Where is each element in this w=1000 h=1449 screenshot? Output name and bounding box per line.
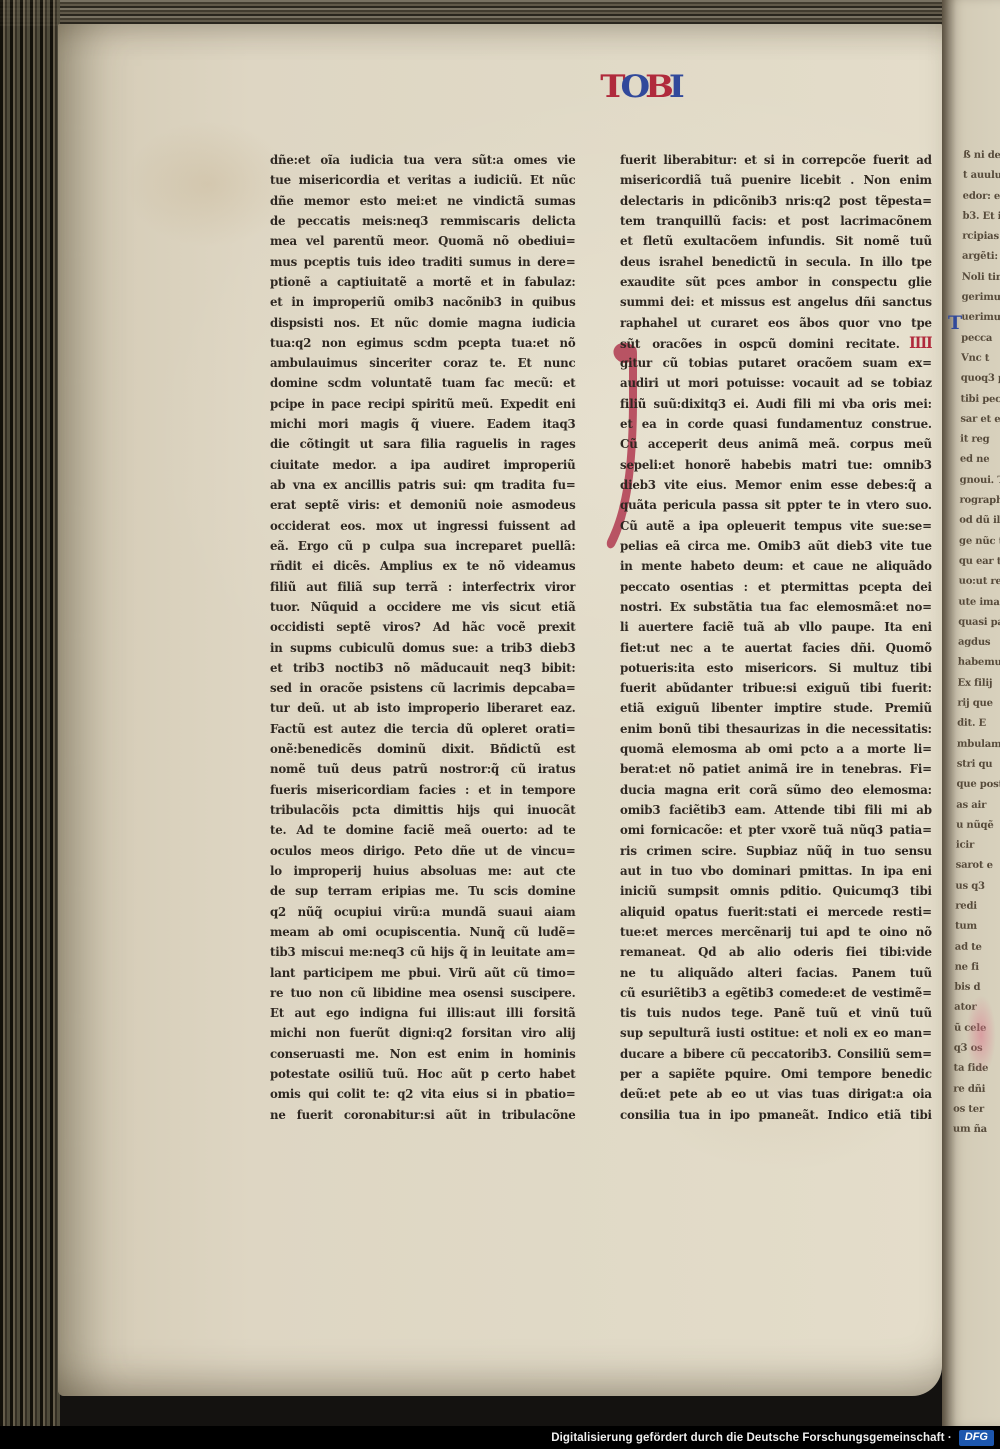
edge-fragment: stri qu (957, 755, 1000, 776)
text-line: Factũ est autez die tercia dũ opleret or… (270, 719, 576, 739)
text-line: fiet:ut nec a te auertat facies dñi. Quo… (620, 638, 932, 658)
text-line: ambulauimus sinceriter coraz te. Et nunc (270, 353, 576, 373)
text-line: rñdit ei dicẽs. Amplius ex te nõ videamu… (270, 556, 576, 576)
heading-letter: T (600, 71, 620, 102)
edge-fragment: redi (955, 897, 1000, 918)
text-line: de sup terram eripias me. Tu scis domine (270, 881, 576, 901)
text-line: tur deũ. ut ab isto improperio liberaret… (270, 698, 576, 718)
text-line: li auertere faciẽ tuã ab vllo paupe. Ita… (620, 617, 932, 637)
text-line: onẽ:benedicẽs dominũ dixit. Bñdictũ est (270, 739, 576, 759)
edge-fragment: uo:ut re (959, 572, 1000, 593)
text-line: meam ab omi ocupiscentia. Nunq̃ cũ ludẽ= (270, 922, 576, 942)
edge-fragment: sarot e (956, 856, 1000, 877)
edge-lombard-initial: T (948, 312, 962, 334)
text-line: die cõtingit ut sara filia raguelis in r… (270, 434, 576, 454)
text-line: aut in tuo vbo dominari pmittas. In ipa … (620, 861, 932, 881)
heading-letter: B (645, 71, 669, 102)
edge-fragment: gnoui. T (960, 470, 1000, 491)
edge-fragment: uerimus: (961, 308, 1000, 329)
text-line: pcipe in pace recipi spiritũ meũ. Expedi… (270, 394, 576, 414)
text-line: occidisti septẽ viros? Ad hãc vocẽ prexi… (270, 617, 576, 637)
text-line: te. Ad te domine faciẽ meã ouerto: ad te (270, 820, 576, 840)
text-line: in supms cubiculũ domus sue: a trib3 die… (270, 638, 576, 658)
text-line: ne fuerit coronabitur:si aũt in tribulac… (270, 1105, 576, 1125)
text-line: Cũ autẽ a ipa opleuerit tempus vite sue:… (620, 516, 932, 536)
text-line: etiã exiguũ libenter imptire stude. Prem… (620, 698, 932, 718)
edge-fragment: pecca (961, 328, 1000, 349)
edge-fragment: que postea (956, 775, 1000, 796)
text-line: berat:et nõ patiet animã ire in tenebras… (620, 759, 932, 779)
edge-fragment: agdus (958, 633, 1000, 654)
edge-fragment: rcipias (962, 227, 1000, 248)
text-line: dispsisti nos. Et nũc domie magna iudici… (270, 313, 576, 333)
digitization-banner: Digitalisierung gefördert durch die Deut… (0, 1426, 1000, 1449)
edge-fragment: re dñi (953, 1079, 1000, 1100)
text-line: et ea in corde quasi fundamentuz constru… (620, 414, 932, 434)
edge-fragment: tum (955, 917, 1000, 938)
text-line: de peccatis meis:neq3 remmiscaris delict… (270, 211, 576, 231)
book-gutter-leaves (0, 0, 60, 1426)
text-line: sũt oracões in ospcũ domini recitate.III… (620, 333, 932, 353)
text-line: lant participem me pbui. Virũ aũt cũ tim… (270, 963, 576, 983)
text-line: dñe memor esto mei:et ne vindictã sumas (270, 191, 576, 211)
text-line: mus pceptis tuis ideo traditi sumus in d… (270, 252, 576, 272)
text-line: omi fornicacõe: et pter vxorẽ tuã nũq3 p… (620, 820, 932, 840)
manuscript-page: TOBI dñe:et oĩa iudicia tua vera sũt:a o… (58, 24, 942, 1396)
text-line: dñe:et oĩa iudicia tua vera sũt:a omes v… (270, 150, 576, 170)
edge-fragment: b3. Et ide (962, 207, 1000, 228)
heading-letter: I (669, 71, 680, 102)
right-column: fuerit liberabitur: et si in correpcõe f… (620, 150, 932, 1125)
text-line: deũ:et pete ab eo ut vias tuas dirigat:a… (620, 1084, 932, 1104)
text-line: fuerit liberabitur: et si in correpcõe f… (620, 150, 932, 170)
text-line: ris crimen scire. Supbiaz nũq̃ in tuo se… (620, 841, 932, 861)
text-line: nomẽ tuũ deus patrũ nostror:q̃ cũ iratus (270, 759, 576, 779)
text-line: sup sepulturã iusti ostitue: et noli ex … (620, 1023, 932, 1043)
text-line: eã. Ergo cũ p culpa sua increparet puell… (270, 536, 576, 556)
text-line: raphahel ut curaret eos ãbos quor vno tp… (620, 313, 932, 333)
text-line: remaneat. Qd ab alio oderis fiei tibi:vi… (620, 942, 932, 962)
text-line: et trib3 noctib3 nõ mãducauit neq3 bibit… (270, 658, 576, 678)
text-line: quãta pericula passa sit ppter te in vte… (620, 495, 932, 515)
text-line: et in improperiũ omib3 nacõnib3 in quibu… (270, 292, 576, 312)
edge-fragment: ad te (955, 937, 1000, 958)
text-line: nostri. Ex substãtia tua fac elemosmã:et… (620, 597, 932, 617)
text-line: tue misericordia et veritas a iudiciũ. E… (270, 170, 576, 190)
text-line: omib3 faciẽtib3 eam. Attende tibi fili m… (620, 800, 932, 820)
text-line: misericordiã tuã puenire licebit . Non e… (620, 170, 932, 190)
edge-fragment: ge nũc t (959, 531, 1000, 552)
digitization-credit-text: Digitalisierung gefördert durch die Deut… (551, 1432, 952, 1444)
pink-ink-smudge (966, 995, 996, 1075)
edge-fragment: ed ne (960, 450, 1000, 471)
edge-fragment: qu ear tro (959, 552, 1000, 573)
text-line: ne tu aliquãdo alteri facias. Panem tuũ (620, 963, 932, 983)
text-line: q2 nũq̃ ocupiui virũ:a mundã suaui aiam (270, 902, 576, 922)
edge-fragment: u nũqẽ (956, 815, 1000, 836)
dfg-logo: DFG (959, 1430, 994, 1446)
edge-fragment: rographi (959, 491, 1000, 512)
edge-fragment: as air (956, 795, 1000, 816)
edge-fragment: ß ni dedi (963, 146, 1000, 167)
text-line: re tuo non cũ libidine mea osensi suscip… (270, 983, 576, 1003)
text-line: pelias eã circa me. Omib3 aũt dieb3 vite… (620, 536, 932, 556)
edge-fragment: um ña (953, 1120, 1000, 1141)
text-line: tue:et merces mercẽnarij tui apd te oino… (620, 922, 932, 942)
edge-fragment: mbulam (957, 734, 1000, 755)
book-top-edge-leaves (0, 0, 944, 26)
text-line: filiũ aut filiã sup terrã : interfectrix… (270, 577, 576, 597)
text-line: dieb3 vite eius. Memor enim esse debes:q… (620, 475, 932, 495)
text-line: peccato osentias : et ptermittas pcepta … (620, 577, 932, 597)
edge-fragment: Ex filij (957, 673, 1000, 694)
text-line: tuor. Nũquid a occidere me vis sicut eti… (270, 597, 576, 617)
edge-fragment: Noli tim (962, 267, 1000, 288)
edge-fragment: quoq3 po (961, 369, 1000, 390)
edge-fragment: os ter (953, 1100, 1000, 1121)
text-line: cũ esuriẽtib3 a egẽtib3 comede:et de ves… (620, 983, 932, 1003)
edge-fragment: Vnc t (961, 349, 1000, 370)
text-line: fuerit abũdanter tribue:si exiguũ tibi f… (620, 678, 932, 698)
edge-fragment: icir (956, 836, 1000, 857)
edge-fragment: rij que (957, 694, 1000, 715)
digitized-manuscript-scan: { "header": { "word": "TOBI", "letters":… (0, 0, 1000, 1449)
text-line: gitur cũ tobias putaret oracõem suam ex= (620, 353, 932, 373)
edge-fragment: edor: e (963, 186, 1000, 207)
text-line: tem tranquillũ facis: et post lacrimacõn… (620, 211, 932, 231)
text-line: consilia tua in ipo pmaneãt. Indico etiã… (620, 1105, 932, 1125)
text-line: iniciũ sumpsit omnis pditio. Quicumq3 ti… (620, 881, 932, 901)
edge-fragment: sar et e (960, 410, 1000, 431)
text-line: ciuitate medor. a ipa audiret improperiũ (270, 455, 576, 475)
text-line: oculos meos dirigo. Peto dñe ut de vincu… (270, 841, 576, 861)
text-line: tis tuis nudos tege. Panẽ tuũ et vinũ tu… (620, 1003, 932, 1023)
text-line: deus israhel benedictũ in secula. In ill… (620, 252, 932, 272)
edge-fragment: argẽti: et (962, 247, 1000, 268)
left-column: dñe:et oĩa iudicia tua vera sũt:a omes v… (270, 150, 576, 1125)
text-line: in mente habeto deum: et caue ne aliquãd… (620, 556, 932, 576)
text-line: tua:q2 non egimus scdm pcepta tua:et nõ (270, 333, 576, 353)
text-line: tib3 miscui me:neq3 cũ hijs q̃ in leuita… (270, 942, 576, 962)
edge-fragment: dit. E (957, 714, 1000, 735)
text-line: mea vel parentũ meor. Quomã nõ obediui= (270, 231, 576, 251)
text-line: quomã elemosma ab omi pcto a a morte li= (620, 739, 932, 759)
text-line: michi mori magis q̃ viuere. Eadem itaq3 (270, 414, 576, 434)
text-line: ptionẽ a captiuitatẽ a mortẽ et in fabul… (270, 272, 576, 292)
edge-fragment: it reg (960, 430, 1000, 451)
text-line: conseruasti me. Non est enim in hominis (270, 1044, 576, 1064)
text-line: ab vna ex ancillis patris sui: qm tradit… (270, 475, 576, 495)
edge-text-fragments: ß ni dedit auulusedor: eb3. Et idercipia… (953, 146, 1000, 1141)
text-line: audiri ut mori potuisse: vocauit ad se t… (620, 373, 932, 393)
text-line: Cũ acceperit deus animã meã. corpus meũ (620, 434, 932, 454)
edge-fragment: quasi pa (958, 612, 1000, 633)
text-line: sepeli:et honorẽ habebis matri tue: omni… (620, 455, 932, 475)
text-line: enim bonũ tibi thesaurizas in die necess… (620, 719, 932, 739)
edge-fragment: od dũ il (959, 511, 1000, 532)
text-line: exaudite sũt pces ambor in conspectu gli… (620, 272, 932, 292)
text-line-content: sũt oracões in ospcũ domini recitate. (620, 334, 900, 353)
edge-fragment: tibi pecuni (960, 389, 1000, 410)
text-line: et fletũ exultacõem infundis. Sit nomẽ t… (620, 231, 932, 251)
text-line: tribulacõis pcta dimittis hijs qui inuoc… (270, 800, 576, 820)
text-line: delectaris in pdicõnib3 nris:q2 post tẽp… (620, 191, 932, 211)
edge-fragment: ne fi (954, 957, 1000, 978)
text-line: sed in oracõe psistens cũ lacrimis depca… (270, 678, 576, 698)
text-line: potestate osiliũ tuũ. Hoc aũt p certo ha… (270, 1064, 576, 1084)
chapter-number: IIII (909, 333, 932, 353)
page-heading: TOBI (555, 70, 725, 104)
text-line: per a sapiẽte pquire. Omi tempore benedi… (620, 1064, 932, 1084)
text-line: michi non fuerũt digni:q2 forsitan viro … (270, 1023, 576, 1043)
text-line: omis qui colit te: q2 vita eius si in pb… (270, 1084, 576, 1104)
text-line: erat septẽ viris: et demoniũ noie asmode… (270, 495, 576, 515)
text-line: ducia magna erit corã sũmo deo elemosma: (620, 780, 932, 800)
text-line: summi dei: et missus est angelus dñi san… (620, 292, 932, 312)
heading-letter: O (621, 71, 646, 102)
fore-edge-next-leaf: T ß ni dedit auulusedor: eb3. Et idercip… (942, 0, 1000, 1426)
edge-fragment: habemu (958, 653, 1000, 674)
text-line: lo improperij huius absoluas me: aut cte (270, 861, 576, 881)
edge-fragment: t auulus (963, 166, 1000, 187)
text-line: aliquid opatus fuerit:stati ei mercede r… (620, 902, 932, 922)
text-line: occiderat eos. mox ut ingressi fuissent … (270, 516, 576, 536)
text-line: potueris:ita esto misericors. Si multuz … (620, 658, 932, 678)
edge-fragment: ute ima (958, 592, 1000, 613)
text-line: ducare a bibere cũ peccatorib3. Consiliũ… (620, 1044, 932, 1064)
text-line: filiũ suũ:dixitq3 ei. Audi fili mi vba o… (620, 394, 932, 414)
text-line: fueris misericordiam facies : et in temp… (270, 780, 576, 800)
edge-fragment: gerimus: (962, 288, 1000, 309)
text-line: domine scdm voluntatẽ tuam fac mecũ: et (270, 373, 576, 393)
edge-fragment: us q3 (955, 876, 1000, 897)
text-line: Et aut ego indigna fui illis:aut illi fo… (270, 1003, 576, 1023)
